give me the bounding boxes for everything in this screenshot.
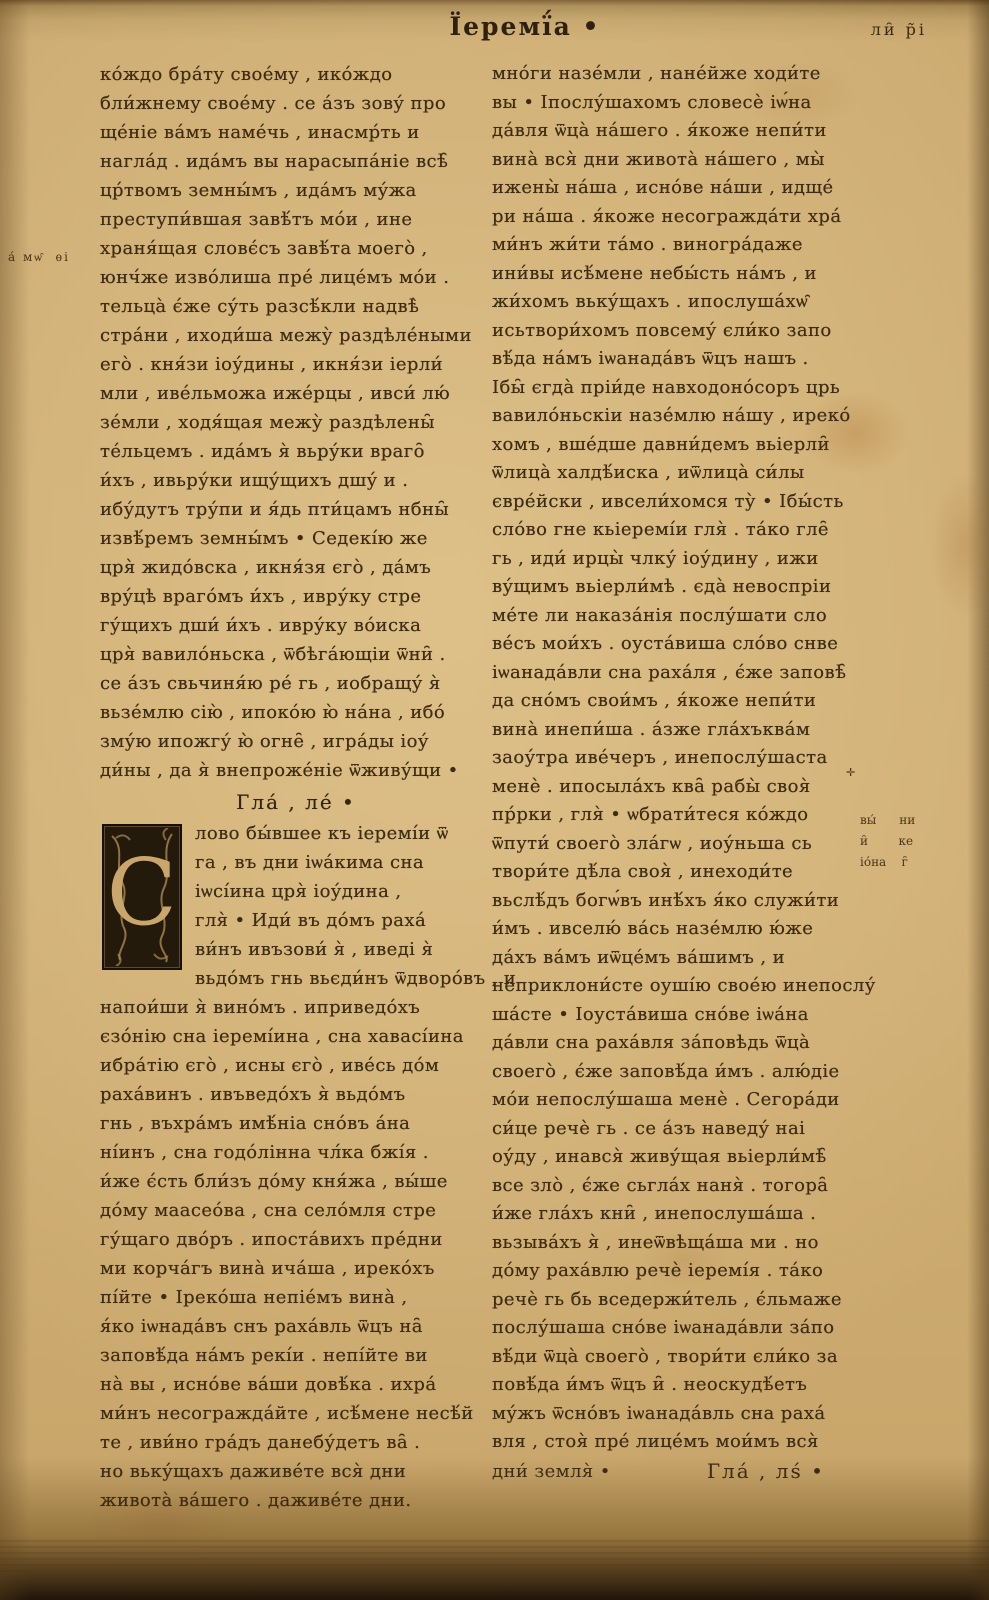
text-line: ми́нъ несогражда́йте , исѣ́мене несѣ́й <box>100 1399 492 1428</box>
text-line: все зло̀ , є́же сьгла́х наня̀ . тогора̑ <box>492 1172 944 1201</box>
text-line: напои́ши я̀ вино́мъ . иприведо́хъ <box>100 993 492 1022</box>
next-chapter-heading: Гла́ , лѕ́ • <box>707 1457 825 1486</box>
text-line: єзо́нію сна іеремі́ина , сна хавасі́ина <box>100 1022 492 1051</box>
text-line: вля , стоя̀ пре́ лице́мъ мои́мъ вся̀ <box>492 1428 944 1457</box>
drop-cap-initial-block: С <box>102 824 182 970</box>
right-column-lines: мно́ги назе́мли , нане́йже ходи́тевы • І… <box>492 60 944 1457</box>
text-line: зму́ю ипожгу́ ю̀ огне̑ , игра́ды іоу́ <box>100 727 492 756</box>
chapter-heading: Гла́ , ле́ • <box>100 785 492 819</box>
text-line: мно́ги назе́мли , нане́йже ходи́те <box>492 60 944 89</box>
text-line: нагла́д . ида́мъ вы нарасыпа́ніе всѣ̑ <box>100 147 492 176</box>
text-line: вѣ́да на́мъ іѡанада́въ ѿцъ нашъ . <box>492 345 944 374</box>
text-line: ве́съ мои́хъ . оуста́виша сло́во снве <box>492 630 944 659</box>
text-line: оу́ду , инався̀ живу́щая вьіерли́мѣ̑ <box>492 1143 944 1172</box>
text-line: тельца̀ є́же су́ть разсѣ́кли надвѣ̀ <box>100 292 492 321</box>
text-line: Ібы̑ єгда̀ пріи́де навходоно́соръ црь <box>492 374 944 403</box>
text-line: ри на́ша . я́коже несогражда́ти хра́ <box>492 203 944 232</box>
margin-note-line: и̑ ке <box>860 831 915 852</box>
text-line: му́жъ ѿсно́въ іѡанада́вль сна раха́ <box>492 1400 944 1429</box>
text-line: и́же є́сть бли́зъ до́му кня́жа , вы́ше <box>100 1167 492 1196</box>
text-line: гнь , въхра́мъ имѣ́ніа сно́въ а́на <box>100 1109 492 1138</box>
text-line: гь , иди́ ирцы̀ члку́ іоу́дину , ижи <box>492 545 944 574</box>
margin-note-line: іо́на г̑ <box>860 852 915 873</box>
text-line: до́му маасео́ва , сна село́мля стре <box>100 1196 492 1225</box>
text-line: послу́шаша сно́ве іѡанада́вли за́по <box>492 1314 944 1343</box>
text-line: вавило́ньскіи назе́млю на́шу , иреко́ <box>492 402 944 431</box>
text-line: неприклони́сте оуші́ю свое́ю инепослу́ <box>492 972 944 1001</box>
text-line: бли́жнему свое́му . се а́зъ зову́ про <box>100 89 492 118</box>
text-line: повѣ́да и́мъ ѿцъ и̑ . неоскудѣ́етъ <box>492 1371 944 1400</box>
page-stack-edges <box>0 1540 989 1574</box>
margin-note-right: вы́ нии̑ кеіо́на г̑ <box>846 768 915 894</box>
text-line: цр́твомъ земны́мъ , ида́мъ му́жа <box>100 176 492 205</box>
text-line: ди́ны , да я̀ внепроже́ніе ѿживу́щи • <box>100 756 492 785</box>
text-line: ша́сте • Іоуста́виша сно́ве іѡа́на <box>492 1001 944 1030</box>
text-line: зе́мли , ходя́щая межу̀ раздѣлены̑ <box>100 408 492 437</box>
text-line: речѐ гь бь вседержи́тель , є́льмаже <box>492 1286 944 1315</box>
text-line: те , иви́но гра́дъ данебу́детъ ва̑ . <box>100 1428 492 1457</box>
text-line: и́же гла́хъ кни̑ , инепослуша́ша . <box>492 1200 944 1229</box>
text-line: храня́щая словє́съ завѣ́та моего̀ , <box>100 234 492 263</box>
page-left-edge-shadow <box>0 0 30 1600</box>
left-column-part1: ко́ждо бра́ту свое́му , ико́ждобли́жнему… <box>100 60 492 785</box>
last-line-text: дни́ земля̀ • <box>492 1457 611 1486</box>
text-line: мли , иве́льможа иже́рцы , ивси́ лю́ <box>100 379 492 408</box>
running-header-title: Їеремї́а • <box>415 12 635 41</box>
text-line: сло́во гне кьіеремі́и гля̀ . та́ко гле̑ <box>492 516 944 545</box>
text-line: ибу́дутъ тру́пи и я́дь пти́цамъ нбны̑ <box>100 495 492 524</box>
text-line: стра́ни , иходи́ша межу̀ раздѣле́ными <box>100 321 492 350</box>
text-line: ко́ждо бра́ту свое́му , ико́ждо <box>100 60 492 89</box>
book-page: { "header": { "title": "Їеремї́а •", "fo… <box>0 0 989 1600</box>
text-line: вы • Іпослу́шахомъ словесѐ іѡ́на <box>492 89 944 118</box>
text-line: ме́те ли наказа́нія послу́шати сло <box>492 602 944 631</box>
left-column-part2: С лово бы́вшее къ іеремі́и ѿга , въ дни … <box>100 819 492 1515</box>
text-line: юнч́же изво́лиша пре́ лице́мъ мо́и . <box>100 263 492 292</box>
text-line: іѡанада́вли сна раха́ля , є́же заповѣ̑ <box>492 659 944 688</box>
text-line: вина̀ инепи́ша . а́зже гла́хъква́м <box>492 716 944 745</box>
text-line: до́му раха́влю речѐ іеремі́я . та́ко <box>492 1257 944 1286</box>
text-line: да сно́мъ свои́мъ , я́коже непи́ти <box>492 687 944 716</box>
text-line: да́хъ ва́мъ иѿце́мъ ва́шимъ , и <box>492 944 944 973</box>
initial-letter-glyph: С <box>107 839 178 946</box>
text-line: ѿлица̀ халдѣ́иска , иѿлица̀ си́лы <box>492 459 944 488</box>
text-line: вьзыва́хъ я̀ , инеѿвѣща́ша ми . но <box>492 1229 944 1258</box>
text-line: раха́винъ . ивъведо́хъ я̀ вьдо́мъ <box>100 1080 492 1109</box>
margin-note-line: вы́ ни <box>860 810 915 831</box>
text-line: ні́инъ , сна годо́лінна чл́ка бжі́я . <box>100 1138 492 1167</box>
page-right-edge-shadow <box>967 0 989 1600</box>
text-line: вьзе́млю сію̀ , ипоко́ю ю̀ на́на , ибо́ <box>100 698 492 727</box>
text-line: преступи́вшая завѣ́тъ мо́и , ине <box>100 205 492 234</box>
text-line: ини́вы исѣ́мене небы́сть на́мъ , и <box>492 260 944 289</box>
text-line: заповѣ́да на́мъ рекі́и . непі́йте ви <box>100 1341 492 1370</box>
text-line: ми́нъ жи́ти та́мо . виногра́даже <box>492 231 944 260</box>
text-line: євре́йски , ивсели́хомся ту̀ • Ібы́сть <box>492 488 944 517</box>
folio-number: ли̑ р̃і <box>871 20 927 39</box>
text-line: гу́щихъ дши́ и́хъ . ивру́ку во́иска <box>100 611 492 640</box>
text-line: ми корча́гъ вина̀ ича́ша , иреко́хъ <box>100 1254 492 1283</box>
last-text-row: дни́ земля̀ • Гла́ , лѕ́ • <box>492 1457 944 1486</box>
text-line: хомъ , вше́дше давни́демъ вьіерли̑ <box>492 431 944 460</box>
text-line: ибра́тію єго̀ , исны єго̀ , иве́сь до́м <box>100 1051 492 1080</box>
text-line: мо́и непослу́шаша менѐ . Сегора́ди <box>492 1086 944 1115</box>
text-line: да́вля ѿца̀ на́шего . я́коже непи́ти <box>492 117 944 146</box>
text-line: ижены̀ на́ша , исно́ве на́ши , идще́ <box>492 174 944 203</box>
text-line: гу́щаго дво́ръ . ипоста́вихъ пре́дни <box>100 1225 492 1254</box>
text-line: жи́хомъ вьку́щахъ . ипослуша́хѡ̑ <box>492 288 944 317</box>
text-line: но вьку́щахъ даживе́те вся̀ дни <box>100 1457 492 1486</box>
text-line: вина̀ вся̀ дни живота̀ на́шего , мы̀ <box>492 146 944 175</box>
text-line: своего̀ , є́же заповѣ́да и́мъ . алю́діе <box>492 1058 944 1087</box>
text-line: пі́йте • Іреко́ша непіе́мъ вина̀ , <box>100 1283 492 1312</box>
text-line: я́ко іѡнада́въ снъ раха́вль ѿцъ на̑ <box>100 1312 492 1341</box>
text-line: и́мъ . ивселю́ ва́сь назе́млю ю́же <box>492 915 944 944</box>
text-line: се а́зъ свьчиня́ю ре́ гь , иобращу́ я̀ <box>100 669 492 698</box>
text-line: ще́ніе ва́мъ наме́чь , инасмр́ть и <box>100 118 492 147</box>
text-line: вѣ́ди ѿца̀ своего̀ , твори́ти єли́ко за <box>492 1343 944 1372</box>
text-line: и́хъ , ивьру́ки ищу́щихъ дшу́ и . <box>100 466 492 495</box>
text-line: си́це речѐ гь . се а́зъ наведу́ наі <box>492 1115 944 1144</box>
text-line: извѣ́ремъ земны́мъ • Седекі́ю же <box>100 524 492 553</box>
text-line: на̀ вы , исно́ве ва́ши довѣ́ка . ихра́ <box>100 1370 492 1399</box>
text-line: да́вли сна раха́вля за́повѣдь ѿца̀ <box>492 1029 944 1058</box>
margin-note-left: а́ мѡ̑ ѳі <box>8 250 70 265</box>
text-line: ву́щимъ вьіерли́мѣ . єда̀ невоспріи <box>492 573 944 602</box>
text-line: цря̀ вавило́ньска , ѿбѣга́ющіи ѿни̑ . <box>100 640 492 669</box>
text-line: живота̀ ва́шего . даживе́те дни. <box>100 1486 492 1515</box>
text-line: вру́цѣ враго́мъ и́хъ , ивру́ку стре <box>100 582 492 611</box>
margin-note-right-lines: вы́ нии̑ кеіо́на г̑ <box>860 810 915 873</box>
text-line: его̀ . кня́зи іоу́дины , икня́зи іерли́ <box>100 350 492 379</box>
woodcut-initial: С <box>106 828 178 966</box>
left-text-column: ко́ждо бра́ту свое́му , ико́ждобли́жнему… <box>100 60 492 1515</box>
text-line: цря̀ жидо́вска , икня́зя єго̀ , да́мъ <box>100 553 492 582</box>
text-line: исьтвори́хомъ повсему́ єли́ко запо <box>492 317 944 346</box>
text-line: те́льцемъ . ида́мъ я̀ вьру́ки враго̑ <box>100 437 492 466</box>
